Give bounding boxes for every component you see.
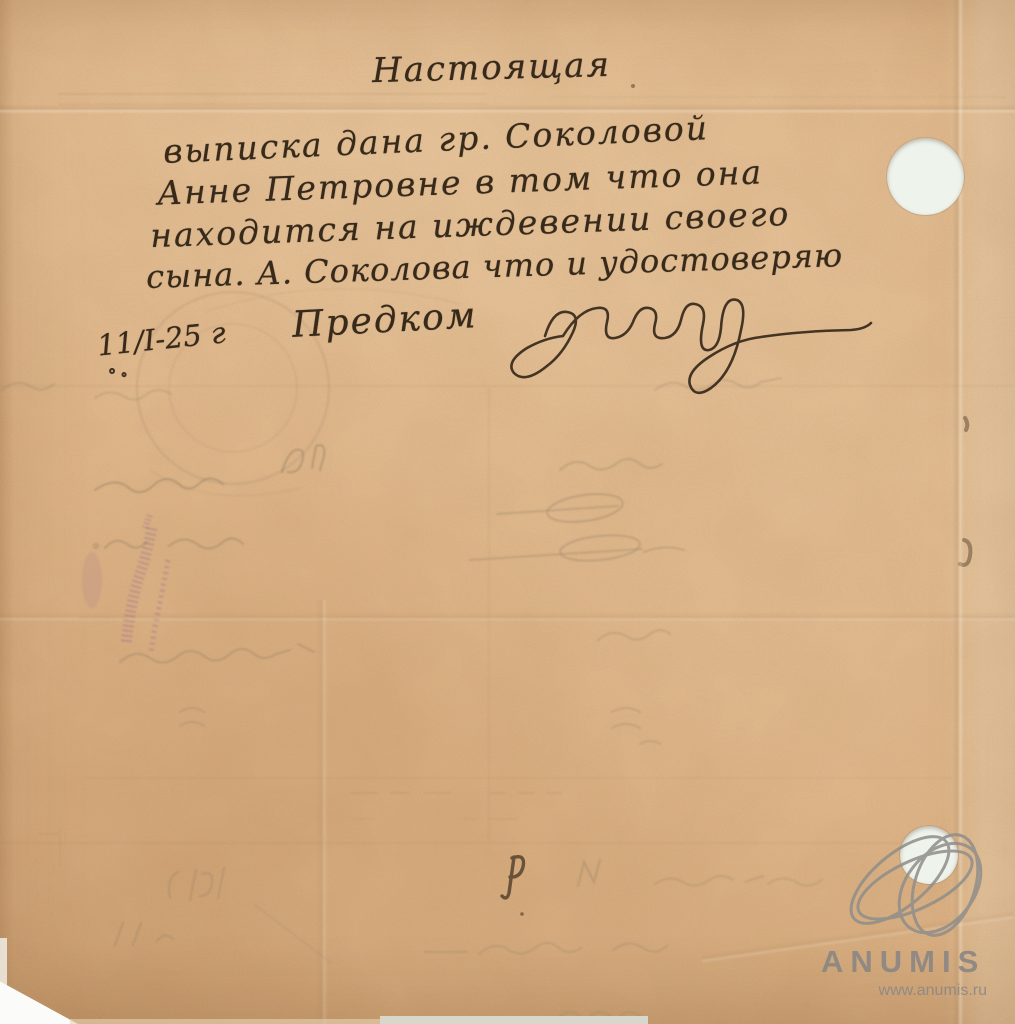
watermark-url: www.anumis.ru — [805, 982, 987, 1000]
watermark-logo — [0, 0, 1015, 1024]
scanned-document: Настоящая выписка дана гр. Соколовой Анн… — [0, 0, 1015, 1024]
watermark-brand: ANUMIS — [821, 944, 991, 980]
